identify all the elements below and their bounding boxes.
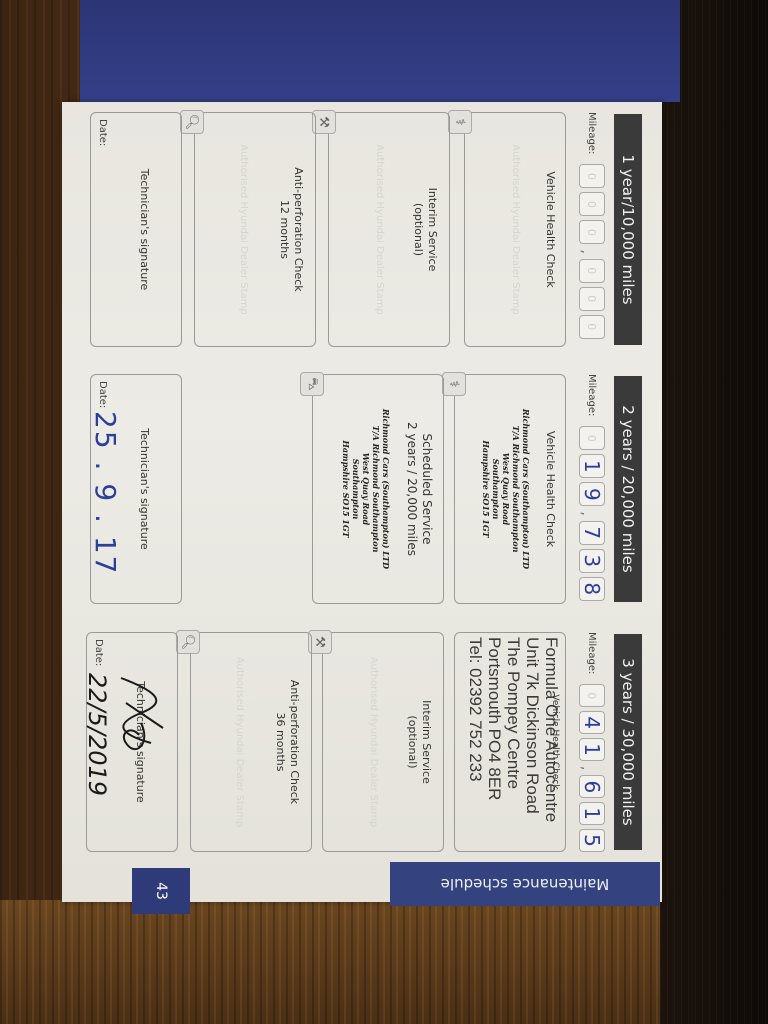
mileage-digit[interactable]: 4 [579,711,605,734]
dealer-stamp: Richmond Cars (Southampton) LTD T/A Rich… [341,375,391,603]
handwritten-date: 25 . 9 . 17 [89,411,122,575]
service-title: Interim Service [420,633,433,851]
mileage-digit[interactable]: 0 [579,164,605,188]
interim-service-box[interactable]: Interim Service (optional) Authorised Hy… [328,112,450,347]
dark-table-edge [660,0,768,1024]
date-label: Date: [93,639,104,666]
dealer-stamp-placeholder: Authorised Hyundai Dealer Stamp [233,633,245,851]
stethoscope-icon: ⚕ [448,110,472,134]
magnifier-icon: 🔍︎ [180,110,204,134]
mileage-digit[interactable]: 1 [579,454,605,478]
vehicle-health-check-box[interactable]: Vehicle Health Check Authorised Hyundai … [464,112,566,347]
vehicle-health-check-label: Vehicle Health Check [544,375,557,603]
mileage-digit[interactable]: 1 [579,738,605,761]
dealer-stamp-placeholder: Authorised Hyundai Dealer Stamp [237,113,249,346]
column-1-year: 1 year/10,000 miles Mileage: 0 0 0 , 0 0… [62,102,662,357]
mileage-digit[interactable]: 0 [579,259,605,283]
mileage-digit[interactable]: 6 [579,775,605,798]
mileage-digit[interactable]: 0 [579,192,605,216]
mileage-digit[interactable]: 9 [579,482,605,506]
dealer-stamp-placeholder: Authorised Hyundai Dealer Stamp [373,113,385,346]
dealer-stamp-placeholder: Authorised Hyundai Dealer Stamp [367,633,379,851]
date-label: Date: [97,119,108,146]
mileage-digit[interactable]: 8 [579,577,605,601]
mileage-digit[interactable]: 5 [579,829,605,852]
car-lift-icon: ⛍ [300,372,324,396]
stethoscope-icon: ⚕ [442,372,466,396]
mileage-digit[interactable]: 3 [579,549,605,573]
wooden-table-lower [0,900,660,1024]
technician-signature-box[interactable]: Technician's signature Date: [90,112,182,347]
section-tab: Maintenance schedule [390,862,660,906]
mileage-field[interactable]: Mileage: 0 0 0 , 0 0 0 [578,112,606,347]
vehicle-health-check-box[interactable]: Vehicle Health Check Richmond Cars (Sout… [454,374,566,604]
vehicle-health-check-label: Vehicle Health Check [544,113,557,346]
column-header: 3 years / 30,000 miles [614,634,642,850]
technician-signature-label: Technician's signature [138,375,151,603]
page-number-badge: 43 [132,868,190,914]
page-number: 43 [153,882,169,900]
mileage-digit[interactable]: 0 [579,220,605,244]
service-title: Scheduled Service [420,375,433,603]
maintenance-schedule-page: 1 year/10,000 miles Mileage: 0 0 0 , 0 0… [62,102,662,902]
technician-signature-box[interactable]: Technician's signature Date: 22/5/2019 [86,632,178,852]
anti-perforation-subtitle: 12 months [278,113,291,346]
mileage-digit[interactable]: 0 [579,287,605,311]
service-subtitle: (optional) [406,633,419,851]
technician-signature-label: Technician's signature [138,113,151,346]
service-subtitle: 2 years / 20,000 miles [405,375,418,603]
vehicle-health-check-box[interactable]: Vehicle Health Check Formula One Autocen… [454,632,566,852]
anti-perforation-check-box[interactable]: Anti-perforation Check 12 months Authori… [194,112,316,347]
mileage-label: Mileage: [587,374,598,416]
mileage-digit[interactable]: 0 [579,315,605,339]
thousands-separator: , [578,511,594,515]
interim-service-box[interactable]: Interim Service (optional) Authorised Hy… [322,632,444,852]
dealer-stamp-placeholder: Authorised Hyundai Dealer Stamp [509,113,521,346]
column-2-years: 2 years / 20,000 miles Mileage: 0 1 9 , … [62,364,662,614]
booklet-blue-cover [80,0,680,102]
dealer-stamp: Richmond Cars (Southampton) LTD T/A Rich… [481,375,531,603]
column-header: 1 year/10,000 miles [614,114,642,345]
magnifier-icon: 🔍︎ [176,630,200,654]
mileage-field[interactable]: Mileage: 0 4 1 , 6 1 5 [578,632,606,852]
service-subtitle: (optional) [412,113,425,346]
anti-perforation-check-box[interactable]: Anti-perforation Check 36 months Authori… [190,632,312,852]
technician-signature-box[interactable]: Technician's signature Date: 25 . 9 . 17 [90,374,182,604]
mileage-field[interactable]: Mileage: 0 1 9 , 7 3 8 [578,374,606,604]
thousands-separator: , [578,249,594,253]
thousands-separator: , [578,766,594,770]
handwritten-date: 22/5/2019 [83,673,111,796]
anti-perforation-title: Anti-perforation Check [288,633,301,851]
column-header: 2 years / 20,000 miles [614,376,642,602]
section-tab-label: Maintenance schedule [441,875,610,893]
service-title: Interim Service [426,113,439,346]
mileage-digit[interactable]: 1 [579,802,605,825]
column-3-years: 3 years / 30,000 miles Mileage: 0 4 1 , … [62,622,662,862]
service-book-page: 1 year/10,000 miles Mileage: 0 0 0 , 0 0… [62,102,662,902]
mileage-digit[interactable]: 0 [579,426,605,450]
technician-signature-scribble [111,673,171,763]
mileage-digit[interactable]: 7 [579,521,605,545]
anti-perforation-title: Anti-perforation Check [292,113,305,346]
date-label: Date: [97,381,108,408]
mileage-label: Mileage: [587,632,598,674]
mileage-digit[interactable]: 0 [579,684,605,707]
anti-perforation-subtitle: 36 months [274,633,287,851]
scheduled-service-box[interactable]: Scheduled Service 2 years / 20,000 miles… [312,374,444,604]
mileage-label: Mileage: [587,112,598,154]
garage-stamp: Formula One Autocentre Unit 7k Dickinson… [466,637,561,822]
